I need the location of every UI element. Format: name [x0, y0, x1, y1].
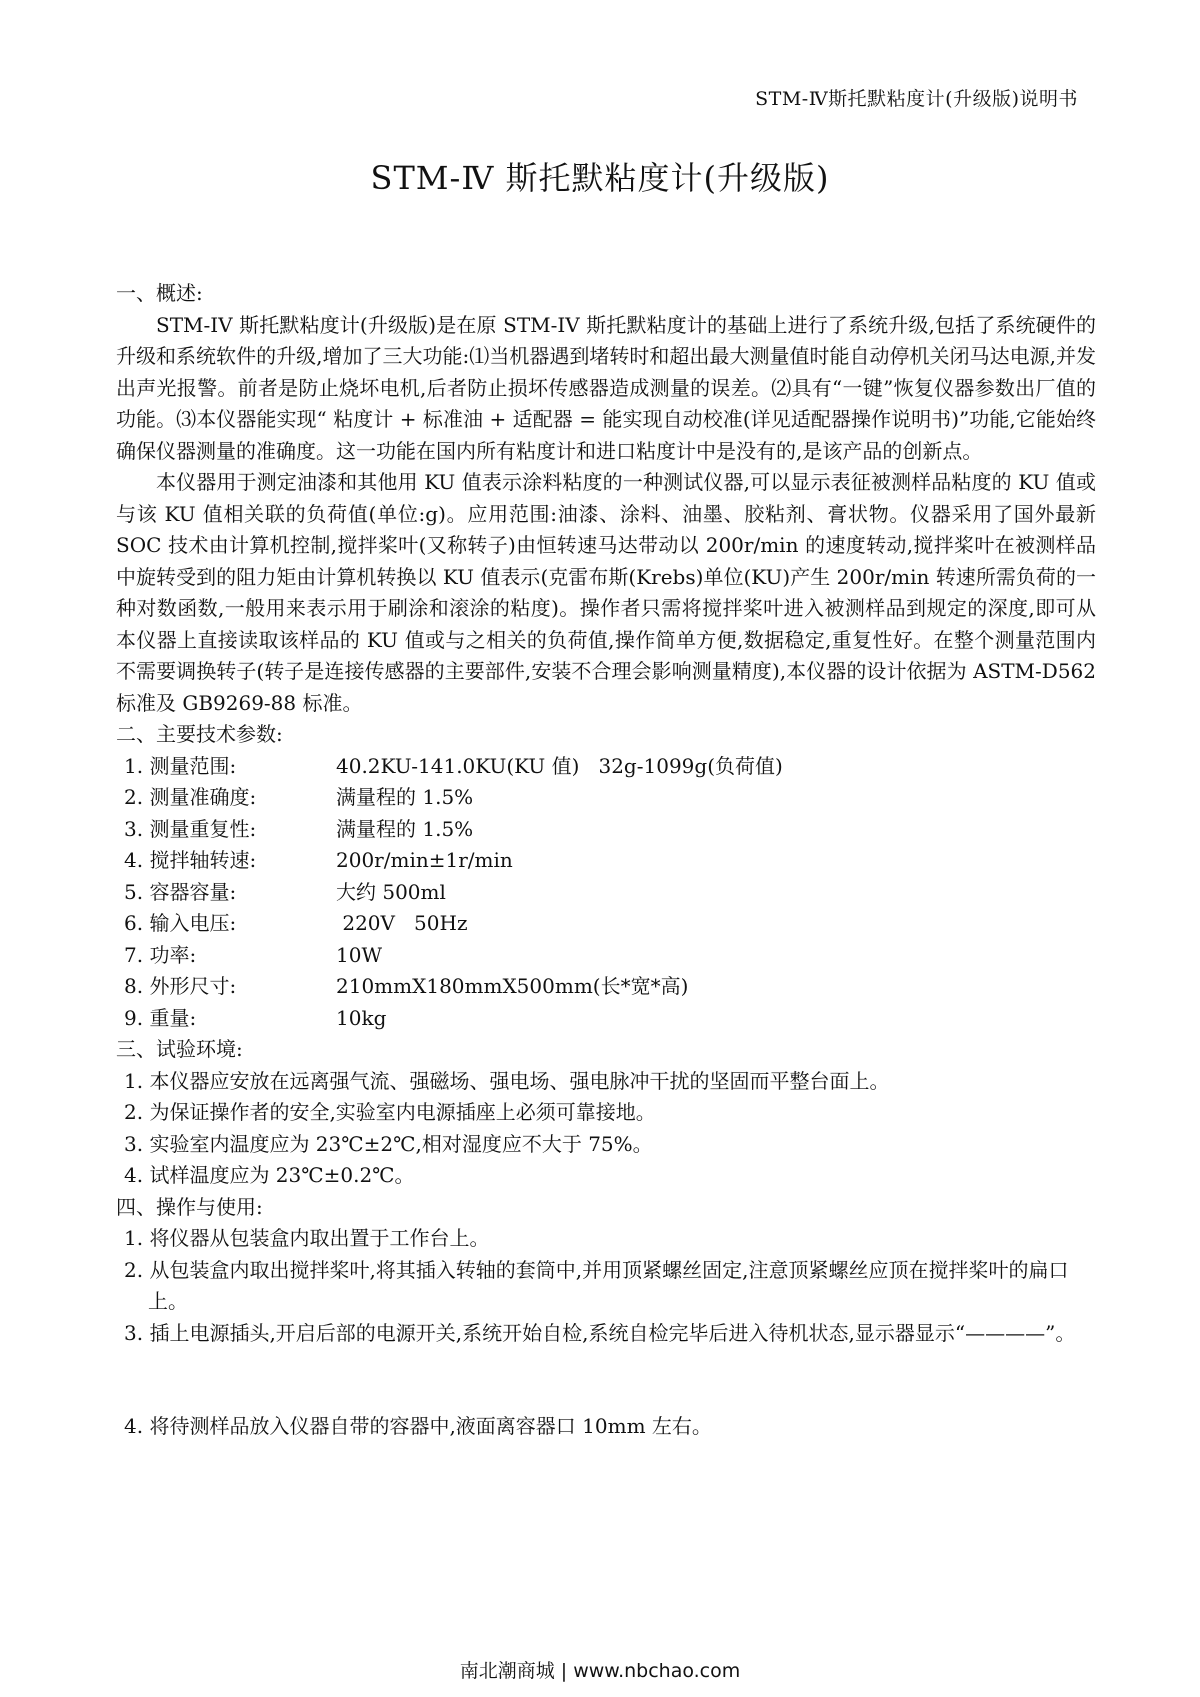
- running-header: STM-Ⅳ斯托默粘度计(升级版)说明书: [755, 84, 1078, 111]
- spacer: [116, 1349, 1096, 1411]
- operation-step: 2. 从包装盒内取出搅拌桨叶,将其插入转轴的套筒中,并用顶紧螺丝固定,注意顶紧螺…: [116, 1255, 1096, 1318]
- spec-value: 210mmX180mmX500mm(长*宽*高): [336, 971, 688, 1003]
- environment-item: 3. 实验室内温度应为 23℃±2℃,相对湿度应不大于 75%。: [116, 1129, 1096, 1161]
- overview-paragraph-1: STM-IV 斯托默粘度计(升级版)是在原 STM-IV 斯托默粘度计的基础上进…: [116, 310, 1096, 468]
- operation-step: 3. 插上电源插头,开启后部的电源开关,系统开始自检,系统自检完毕后进入待机状态…: [116, 1318, 1096, 1350]
- spec-label: 5. 容器容量:: [124, 877, 336, 909]
- spec-value: 满量程的 1.5%: [336, 782, 473, 814]
- spec-value: 10W: [336, 940, 382, 972]
- section-heading-operation: 四、操作与使用:: [116, 1192, 1096, 1224]
- document-body: 一、概述: STM-IV 斯托默粘度计(升级版)是在原 STM-IV 斯托默粘度…: [116, 278, 1096, 1443]
- spec-row: 8. 外形尺寸:210mmX180mmX500mm(长*宽*高): [116, 971, 1096, 1003]
- spec-value: 220V 50Hz: [336, 908, 467, 940]
- spec-label: 4. 搅拌轴转速:: [124, 845, 336, 877]
- section-heading-specs: 二、主要技术参数:: [116, 719, 1096, 751]
- environment-item: 1. 本仪器应安放在远离强气流、强磁场、强电场、强电脉冲干扰的坚固而平整台面上。: [116, 1066, 1096, 1098]
- spec-list: 1. 测量范围:40.2KU-141.0KU(KU 值) 32g-1099g(负…: [116, 751, 1096, 1035]
- section-heading-overview: 一、概述:: [116, 278, 1096, 310]
- environment-item: 2. 为保证操作者的安全,实验室内电源插座上必须可靠接地。: [116, 1097, 1096, 1129]
- spec-row: 6. 输入电压: 220V 50Hz: [116, 908, 1096, 940]
- spec-label: 6. 输入电压:: [124, 908, 336, 940]
- operation-step: 1. 将仪器从包装盒内取出置于工作台上。: [116, 1223, 1096, 1255]
- spec-row: 7. 功率:10W: [116, 940, 1096, 972]
- spec-row: 5. 容器容量:大约 500ml: [116, 877, 1096, 909]
- operation-step: 4. 将待测样品放入仪器自带的容器中,液面离容器口 10mm 左右。: [116, 1411, 1096, 1443]
- spec-label: 2. 测量准确度:: [124, 782, 336, 814]
- environment-item: 4. 试样温度应为 23℃±0.2℃。: [116, 1160, 1096, 1192]
- spec-value: 40.2KU-141.0KU(KU 值) 32g-1099g(负荷值): [336, 751, 783, 783]
- spec-label: 1. 测量范围:: [124, 751, 336, 783]
- spec-row: 2. 测量准确度:满量程的 1.5%: [116, 782, 1096, 814]
- spec-label: 8. 外形尺寸:: [124, 971, 336, 1003]
- overview-paragraph-2: 本仪器用于测定油漆和其他用 KU 值表示涂料粘度的一种测试仪器,可以显示表征被测…: [116, 467, 1096, 719]
- spec-value: 200r/min±1r/min: [336, 845, 513, 877]
- spec-value: 满量程的 1.5%: [336, 814, 473, 846]
- spec-row: 3. 测量重复性:满量程的 1.5%: [116, 814, 1096, 846]
- spec-label: 7. 功率:: [124, 940, 336, 972]
- spec-row: 1. 测量范围:40.2KU-141.0KU(KU 值) 32g-1099g(负…: [116, 751, 1096, 783]
- section-heading-environment: 三、试验环境:: [116, 1034, 1096, 1066]
- spec-row: 4. 搅拌轴转速:200r/min±1r/min: [116, 845, 1096, 877]
- document-title: STM-Ⅳ 斯托默粘度计(升级版): [0, 153, 1200, 199]
- spec-value: 10kg: [336, 1003, 386, 1035]
- footer-watermark: 南北潮商城 | www.nbchao.com: [0, 1656, 1200, 1683]
- spec-value: 大约 500ml: [336, 877, 446, 909]
- spec-label: 9. 重量:: [124, 1003, 336, 1035]
- spec-row: 9. 重量:10kg: [116, 1003, 1096, 1035]
- spec-label: 3. 测量重复性:: [124, 814, 336, 846]
